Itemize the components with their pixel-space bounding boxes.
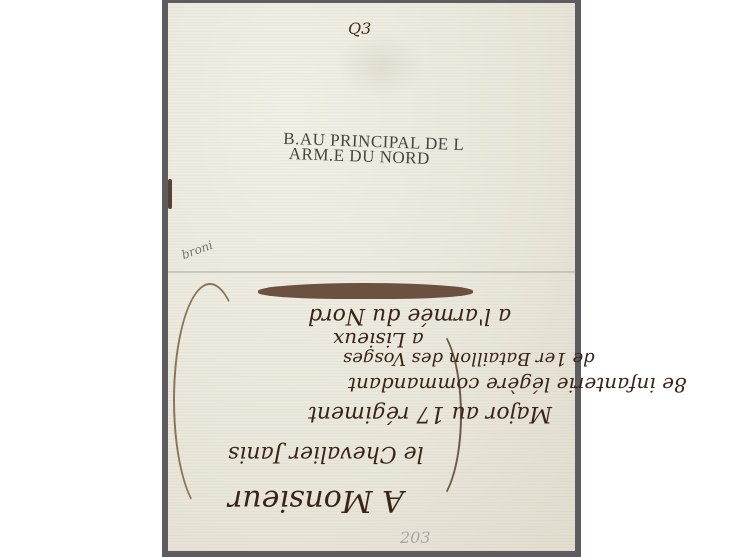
wax-seal-trace xyxy=(336,33,426,98)
pencil-note: broni xyxy=(180,238,215,262)
address-line-5: Major au 17 régiment xyxy=(308,401,552,426)
fold-line xyxy=(168,271,575,273)
address-line-7: A Monsieur xyxy=(228,483,404,518)
address-line-4: 8e infanterie légère commandant xyxy=(348,373,687,397)
address-line-1: a l'armée du Nord xyxy=(308,303,511,328)
pencil-number: 203 xyxy=(400,528,431,547)
letter-cover: Q3 B.AU PRINCIPAL DE L ARM.E DU NORD bro… xyxy=(168,3,575,551)
top-manuscript-mark: Q3 xyxy=(348,19,371,38)
address-line-6: le Chevalier Janis xyxy=(228,441,424,466)
edge-ink-mark xyxy=(168,179,172,209)
pencil-curve xyxy=(173,283,247,517)
address-line-3: de 1er Bataillon des Vosges xyxy=(343,348,595,369)
postal-handstamp: B.AU PRINCIPAL DE L ARM.E DU NORD xyxy=(283,131,465,167)
ink-blot xyxy=(258,283,473,299)
